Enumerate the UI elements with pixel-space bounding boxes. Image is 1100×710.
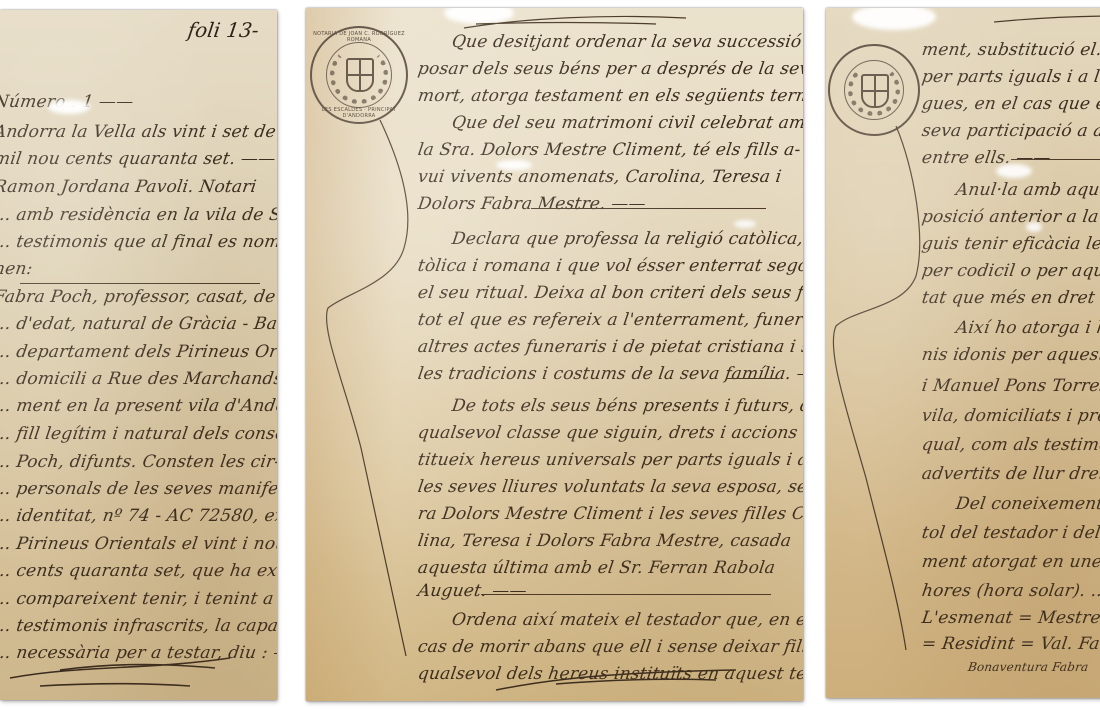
text-line: ... ment en la present vila d'Andorra bbox=[0, 396, 277, 416]
text-line: advertits de llur dret. — bbox=[921, 464, 1100, 484]
light-glare bbox=[444, 8, 514, 24]
text-line: vila, domiciliats i pregats... bbox=[921, 406, 1100, 426]
light-glare bbox=[496, 160, 532, 170]
text-line: qualsevol classe que siguin, drets i acc… bbox=[417, 423, 803, 443]
text-line: ... identitat, nº 74 - AC 72580, expedid… bbox=[0, 506, 277, 526]
text-line: lina, Teresa i Dolors Fabra Mestre, casa… bbox=[417, 531, 793, 551]
text-line: mil nou cents quaranta set. —— bbox=[0, 149, 277, 169]
divider-rule bbox=[1011, 159, 1100, 160]
divider-rule bbox=[531, 208, 766, 209]
text-line: L'esmenat = Mestre = Val... bbox=[921, 608, 1100, 628]
text-line: tat que més en dret escaig... bbox=[921, 288, 1100, 308]
text-line: Auguet. —— bbox=[417, 581, 529, 601]
text-line: qualsevol dels hereus instituïts en aque… bbox=[417, 664, 803, 684]
text-line: les seves lliures voluntats la seva espo… bbox=[417, 477, 803, 497]
text-line: ... testimonis infrascrits, la capaci- bbox=[0, 616, 277, 636]
text-line: gues, en el cas que el pre... bbox=[921, 94, 1100, 114]
notary-stamp bbox=[828, 44, 920, 136]
text-line: Que del seu matrimoni civil celebrat amb bbox=[417, 113, 803, 133]
text-line: posar dels seus béns per a després de la… bbox=[417, 59, 803, 79]
text-line: Així ho atorga i ho... bbox=[921, 318, 1100, 338]
text-line: aquesta última amb el Sr. Ferran Rabola bbox=[417, 558, 777, 578]
text-line: Andorra la Vella als vint i set de bbox=[0, 122, 277, 142]
text-line: i Manuel Pons Torres... bbox=[921, 376, 1100, 396]
text-line: Declara que professa la religió catòlica… bbox=[417, 229, 803, 249]
folio-number: foli 13- bbox=[186, 18, 260, 42]
text-line: mort, atorga testament en els següents t… bbox=[417, 86, 803, 106]
text-line: Que desitjant ordenar la seva successió … bbox=[417, 32, 803, 52]
text-line: les tradicions i costums de la seva famí… bbox=[417, 364, 803, 384]
text-line: ... fill legítim i natural dels consorts… bbox=[0, 424, 277, 444]
text-line: per parts iguals i a les... bbox=[921, 67, 1100, 87]
text-line: tòlica i romana i que vol ésser enterrat… bbox=[417, 256, 803, 276]
text-line: Del coneixement, prop... bbox=[921, 494, 1100, 514]
text-line: ... compareixent tenir, i tenint a bbox=[0, 589, 275, 609]
text-line: ... necessària per a testar, diu : —— bbox=[0, 643, 277, 663]
text-line: Anul·la amb aquest... bbox=[921, 180, 1100, 200]
text-line: tol del testador i del conte... bbox=[921, 523, 1100, 543]
text-line: ment, substitució el... bbox=[921, 40, 1100, 60]
text-line: vui vivents anomenats, Carolina, Teresa … bbox=[417, 167, 783, 187]
text-line: titueix hereus universals per parts igua… bbox=[417, 450, 803, 470]
text-line: Fabra Poch, professor, casat, de se- bbox=[0, 287, 277, 307]
text-line: ... amb residència en la vila de Sant bbox=[0, 205, 277, 225]
text-line: Ordena així mateix el testador que, en e… bbox=[417, 610, 803, 630]
text-line: ra Dolors Mestre Climent i les seves fil… bbox=[417, 504, 803, 524]
text-line: ... domicili a Rue des Marchands nº 15, … bbox=[0, 369, 277, 389]
text-line: guis tenir eficàcia legal... bbox=[921, 234, 1100, 254]
text-line: ment atorgat en une so... bbox=[921, 552, 1100, 572]
text-line: qual, com als testimonis, ... bbox=[921, 435, 1100, 455]
text-line: ... personals de les seves manifestacion… bbox=[0, 479, 277, 499]
text-line: ... testimonis que al final es nome- bbox=[0, 232, 277, 252]
light-glare bbox=[852, 8, 936, 30]
stamp-top-text: NOTARIA DE JOAN C. RODRÍGUEZ ROMANA bbox=[312, 31, 406, 43]
text-line: cas de morir abans que ell i sense deixa… bbox=[417, 637, 803, 657]
light-glare bbox=[1026, 222, 1042, 232]
divider-rule bbox=[726, 378, 776, 379]
text-line: = Residint = Val. Faig fe... bbox=[921, 634, 1100, 654]
divider-rule bbox=[20, 283, 260, 284]
light-glare bbox=[48, 100, 90, 114]
divider-rule bbox=[481, 594, 771, 595]
document-page-right: ment, substitució el... per parts iguals… bbox=[826, 8, 1100, 698]
text-line: ... Poch, difunts. Consten les cir- bbox=[0, 452, 277, 472]
document-page-left: foli 13- Número . 1 —— Andorra la Vella … bbox=[0, 10, 277, 700]
stamp-bottom-text: LES ESCALDES · PRINCIPAT D'ANDORRA bbox=[312, 107, 406, 119]
text-line: per codicil o per aquella... bbox=[921, 261, 1100, 281]
text-line: seva participació a aque... bbox=[921, 121, 1100, 141]
text-line: la Sra. Dolors Mestre Climent, té els fi… bbox=[417, 140, 802, 160]
text-line: nen: bbox=[0, 259, 34, 279]
text-line: ... d'edat, natural de Gràcia - Barcelo- bbox=[0, 314, 277, 334]
text-line: tot el que es refereix a l'enterrament, … bbox=[417, 310, 803, 330]
signature-text: Bonaventura Fabra bbox=[921, 660, 1089, 674]
coat-of-arms-icon bbox=[861, 74, 889, 108]
notary-stamp: NOTARIA DE JOAN C. RODRÍGUEZ ROMANA LES … bbox=[310, 26, 408, 124]
text-line: entre ells. —— bbox=[921, 148, 1053, 168]
text-line: el seu ritual. Deixa al bon criteri dels… bbox=[417, 283, 803, 303]
text-line: De tots els seus béns presents i futurs,… bbox=[417, 396, 803, 416]
light-glare bbox=[734, 220, 756, 228]
light-glare bbox=[996, 164, 1032, 178]
text-line: Ramon Jordana Pavoli. Notari bbox=[0, 177, 258, 197]
text-line: hores (hora solar). ... bbox=[921, 581, 1100, 601]
text-line: ... cents quaranta set, que ha exhibit. … bbox=[0, 561, 277, 581]
text-line: posició anterior a la d... bbox=[921, 207, 1100, 227]
text-line: nis idonis per aquest acte... bbox=[921, 345, 1100, 365]
text-line: ... Pirineus Orientals el vint i nou de … bbox=[0, 534, 277, 554]
coat-of-arms-icon bbox=[346, 58, 374, 92]
text-line: altres actes funeraris i de pietat crist… bbox=[417, 337, 803, 357]
text-line: ... departament dels Pirineus Orientals bbox=[0, 342, 277, 362]
text-line: Dolors Fabra Mestre. —— bbox=[417, 194, 648, 214]
document-page-middle: NOTARIA DE JOAN C. RODRÍGUEZ ROMANA LES … bbox=[306, 8, 803, 701]
